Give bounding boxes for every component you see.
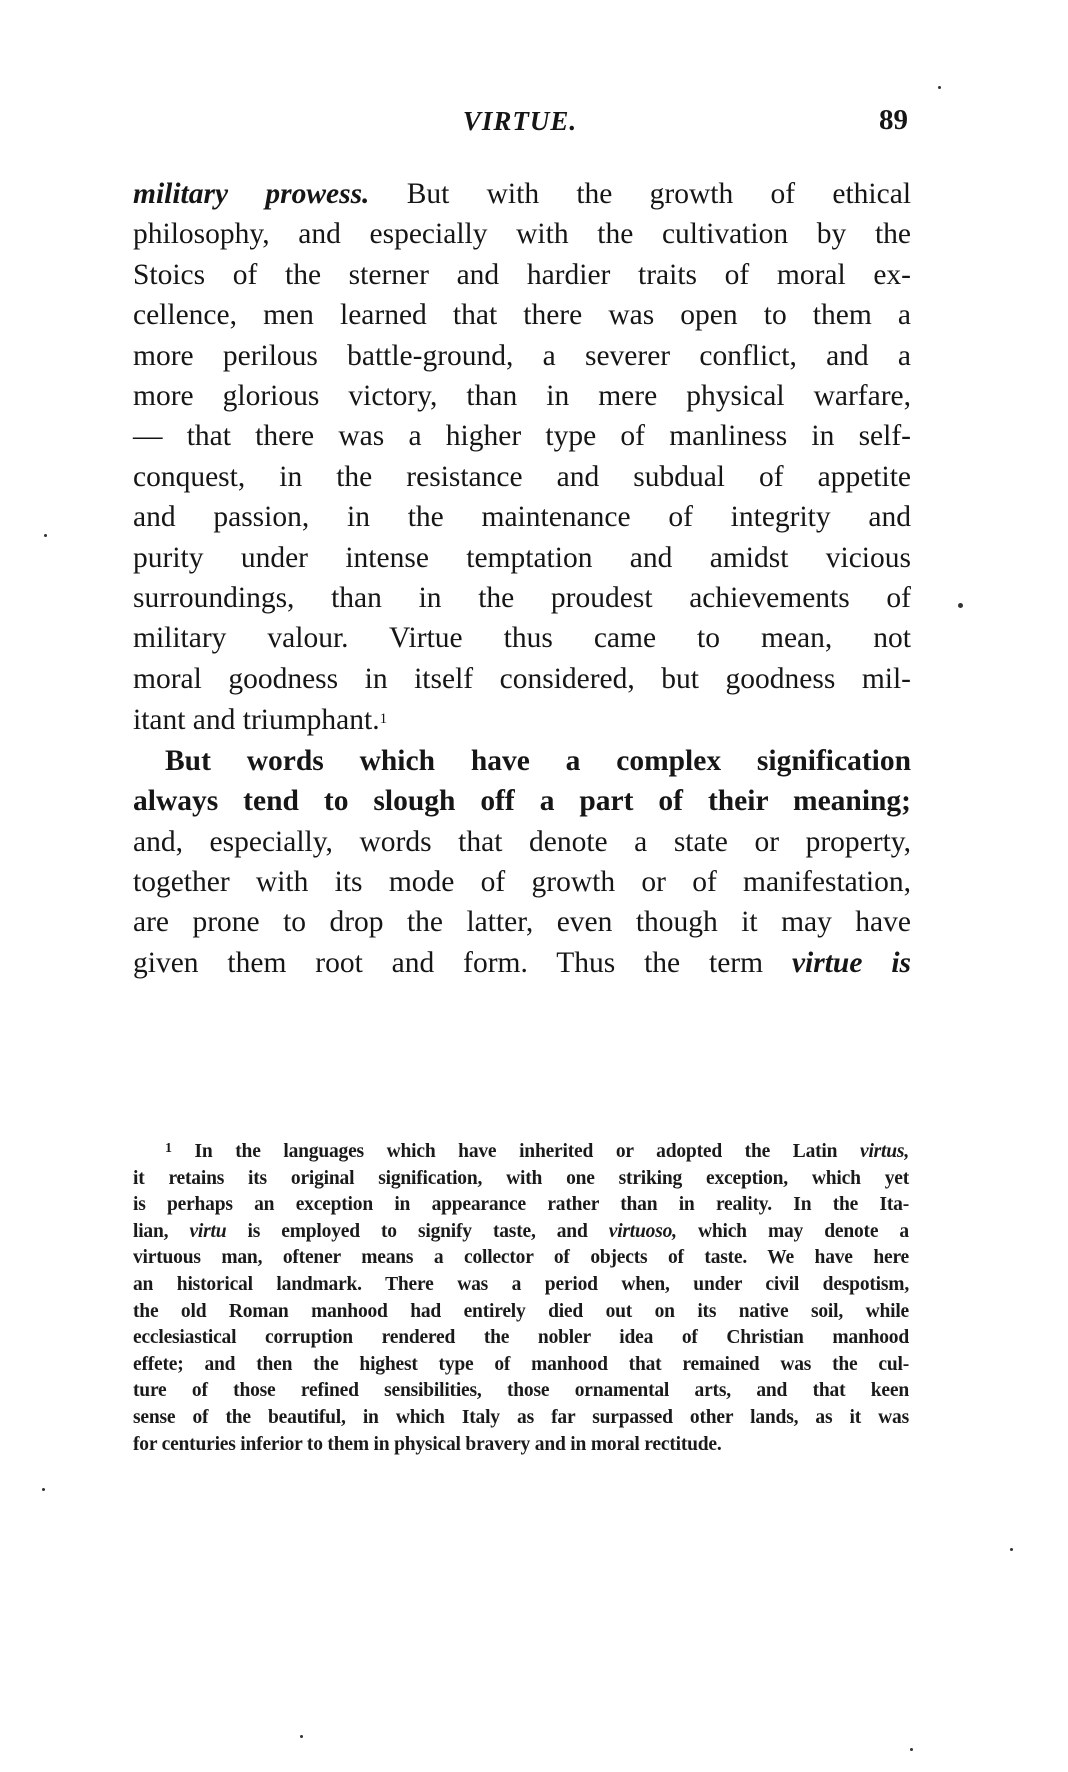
body-line-16: always tend to slough off a part of thei…: [133, 781, 911, 821]
italic-phrase: military prowess.: [133, 178, 369, 210]
book-page: VIRTUE. 89 military prowess. But with th…: [0, 0, 1068, 1772]
body-line-9: and passion, in the maintenance of integ…: [133, 497, 911, 537]
footnote-line-6: an historical landmark. There was a peri…: [133, 1272, 909, 1299]
body-line-8: conquest, in the resistance and subdual …: [133, 457, 911, 497]
body-line-17: and, especially, words that denote a sta…: [133, 822, 911, 862]
body-line-1: military prowess. But with the growth of…: [133, 174, 911, 214]
body-line-20: given them root and form. Thus the term …: [133, 943, 911, 983]
running-head: VIRTUE. 89: [130, 106, 910, 146]
body-line-4: cellence, men learned that there was ope…: [133, 295, 911, 335]
footnote-line-1: 1 In the languages which have inherited …: [133, 1136, 909, 1166]
scan-speck: [910, 1748, 913, 1751]
footnote-line-10: ture of those refined sensibilities, tho…: [133, 1378, 909, 1405]
scan-speck: [1010, 1548, 1013, 1551]
body-line-12: military valour. Virtue thus came to mea…: [133, 618, 911, 658]
body-line-text: itant and triumphant.: [133, 704, 380, 736]
footnote-line-8: ecclesiastical corruption rendered the n…: [133, 1325, 909, 1352]
footnote-line-7: the old Roman manhood had entirely died …: [133, 1299, 909, 1326]
body-line-10: purity under intense temptation and amid…: [133, 538, 911, 578]
scan-speck: [42, 1488, 45, 1491]
footnote-text: lian,: [133, 1221, 189, 1242]
scan-speck: [938, 86, 941, 89]
italic-phrase: virtue is: [792, 947, 911, 979]
footnote-reference: 1: [380, 711, 388, 727]
body-line-18: together with its mode of growth or of m…: [133, 862, 911, 902]
footnote-text: is employed to signify taste, and: [226, 1221, 608, 1242]
footnote-line-2: it retains its original signification, w…: [133, 1166, 909, 1193]
running-title: VIRTUE.: [130, 106, 910, 137]
footnote-line-11: sense of the beautiful, in which Italy a…: [133, 1405, 909, 1432]
scan-speck: [300, 1735, 303, 1738]
footnote-text: which may denote a: [677, 1221, 909, 1242]
body-line-13: moral goodness in itself considered, but…: [133, 659, 911, 699]
scan-speck: [958, 603, 963, 608]
body-line-15: But words which have a complex significa…: [133, 741, 911, 781]
footnote-italic: virtuoso,: [609, 1221, 677, 1242]
body-line-5: more perilous battle-ground, a severer c…: [133, 336, 911, 376]
footnote-line-12: for centuries inferior to them in physic…: [133, 1432, 909, 1459]
footnote: 1 In the languages which have inherited …: [133, 1136, 909, 1458]
body-line-2: philosophy, and especially with the cult…: [133, 214, 911, 254]
footnote-line-9: effete; and then the highest type of man…: [133, 1352, 909, 1379]
footnote-line-4: lian, virtu is employed to signify taste…: [133, 1219, 909, 1246]
body-line-11: surroundings, than in the proudest achie…: [133, 578, 911, 618]
scan-speck: [44, 534, 47, 537]
footnote-italic: virtu: [189, 1221, 226, 1242]
body-line-7: — that there was a higher type of manlin…: [133, 416, 911, 456]
footnote-line-3: is perhaps an exception in appearance ra…: [133, 1192, 909, 1219]
page-number: 89: [879, 104, 908, 137]
footnote-marker: 1: [165, 1141, 172, 1156]
footnote-text: In the languages which have inherited or…: [172, 1141, 860, 1162]
body-text: military prowess. But with the growth of…: [133, 174, 911, 983]
body-line-text: given them root and form. Thus the term: [133, 947, 763, 979]
footnote-line-5: virtuous man, oftener means a collector …: [133, 1245, 909, 1272]
body-line-6: more glorious victory, than in mere phys…: [133, 376, 911, 416]
body-line-text: But with the growth of ethical: [369, 178, 911, 210]
body-line-3: Stoics of the sterner and hardier traits…: [133, 255, 911, 295]
footnote-italic: virtus,: [860, 1141, 909, 1162]
body-line-19: are prone to drop the latter, even thoug…: [133, 902, 911, 942]
body-line-14: itant and triumphant.1: [133, 699, 911, 740]
